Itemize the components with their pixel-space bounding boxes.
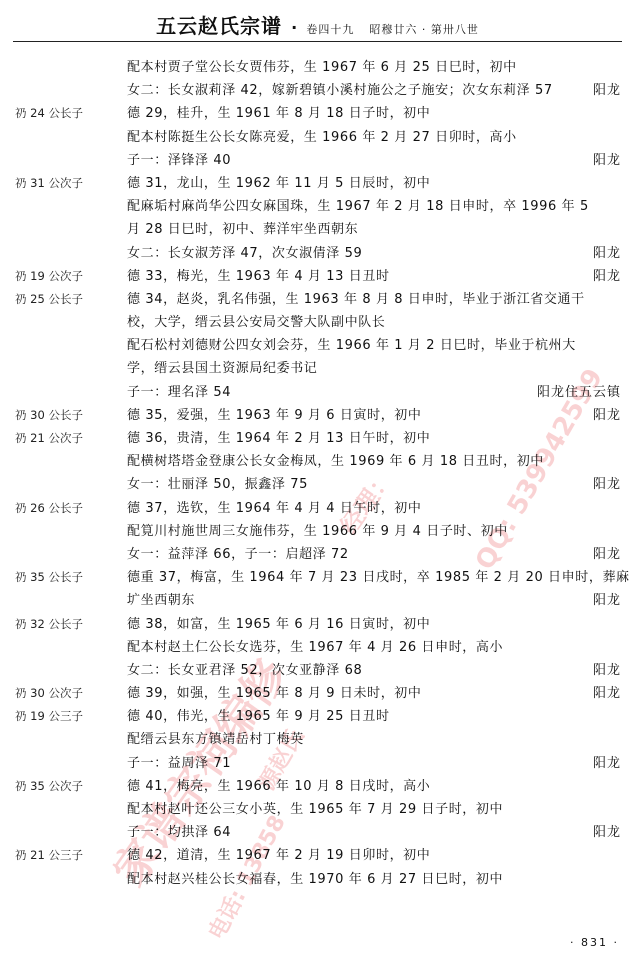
residence-label: 阳龙 bbox=[593, 589, 621, 612]
residence-label: 阳龙 bbox=[593, 79, 621, 102]
entry-text: 女二：长女淑芳泽 47，次女淑倩泽 59 bbox=[127, 242, 362, 265]
entry-line: 配本村贾子堂公长女贾伟芬，生 1967 年 6 月 25 日巳时，初中 bbox=[0, 56, 635, 79]
entry-line: 配缙云县东方镇靖岳村丁梅英 bbox=[0, 728, 635, 751]
residence-label: 阳龙住五云镇 bbox=[537, 381, 621, 404]
entry-line: 女一：壮丽泽 50，振鑫泽 75阳龙 bbox=[0, 473, 635, 496]
entry-line: 女二：长女淑芳泽 47，次女淑倩泽 59阳龙 bbox=[0, 242, 635, 265]
entry-line: 子一：均拱泽 64阳龙 bbox=[0, 821, 635, 844]
entry-text: 子一：理名泽 54 bbox=[127, 381, 231, 404]
entry-line: 配本村赵土仁公长女选芬，生 1967 年 4 月 26 日申时，高小 bbox=[0, 636, 635, 659]
entry-text: 德 31，龙山，生 1962 年 11 月 5 日辰时，初中 bbox=[127, 172, 430, 195]
entry-line: 配石松村刘德财公四女刘会芬，生 1966 年 1 月 2 日巳时，毕业于杭州大 bbox=[0, 334, 635, 357]
lineage-label: 礽 25 公长子 bbox=[15, 288, 83, 311]
lineage-label: 礽 30 公长子 bbox=[15, 404, 83, 427]
entry-line: 礽 30 公长子德 35，爱强，生 1963 年 9 月 6 日寅时，初中阳龙 bbox=[0, 404, 635, 427]
residence-label: 阳龙 bbox=[593, 242, 621, 265]
entry-line: 配麻垢村麻尚华公四女麻国珠，生 1967 年 2 月 18 日申时，卒 1996… bbox=[0, 195, 635, 218]
lineage-label: 礽 35 公长子 bbox=[15, 566, 83, 589]
residence-label: 阳龙 bbox=[593, 473, 621, 496]
entry-line: 子一：益周泽 71阳龙 bbox=[0, 752, 635, 775]
residence-label: 阳龙 bbox=[593, 752, 621, 775]
entry-text: 配本村赵兴桂公长女福春，生 1970 年 6 月 27 日巳时，初中 bbox=[127, 868, 503, 891]
genealogy-entries: 配本村贾子堂公长女贾伟芬，生 1967 年 6 月 25 日巳时，初中 女二：长… bbox=[0, 56, 635, 891]
entry-text: 德 36，贵清，生 1964 年 2 月 13 日午时，初中 bbox=[127, 427, 430, 450]
lineage-label: 礽 24 公长子 bbox=[15, 102, 83, 125]
book-title: 五云赵氏宗谱 bbox=[156, 14, 282, 38]
lineage-label: 礽 21 公三子 bbox=[15, 844, 83, 867]
page-header: 五云赵氏宗谱 · 卷四十九 昭穆廿六 · 第卅八世 bbox=[0, 10, 635, 40]
title-separator: · bbox=[291, 18, 297, 37]
volume-label: 卷四十九 bbox=[306, 23, 354, 36]
entry-text: 女一：益萍泽 66，子一：启超泽 72 bbox=[127, 543, 349, 566]
entry-text: 德 37，选钦，生 1964 年 4 月 4 日午时，初中 bbox=[127, 497, 422, 520]
entry-line: 女二：长女淑莉泽 42，嫁新碧镇小溪村施公之子施安；次女东莉泽 57阳龙 bbox=[0, 79, 635, 102]
residence-label: 阳龙 bbox=[593, 404, 621, 427]
entry-text: 配本村赵叶还公三女小英，生 1965 年 7 月 29 日子时，初中 bbox=[127, 798, 503, 821]
entry-line: 女二：长女亚君泽 52，次女亚静泽 68阳龙 bbox=[0, 659, 635, 682]
lineage-label: 礽 31 公次子 bbox=[15, 172, 83, 195]
branch-label: 昭穆廿六 · 第卅八世 bbox=[369, 23, 479, 36]
entry-text: 德 41，梅亮，生 1966 年 10 月 8 日戌时，高小 bbox=[127, 775, 430, 798]
residence-label: 阳龙 bbox=[593, 265, 621, 288]
lineage-label: 礽 19 公三子 bbox=[15, 705, 83, 728]
entry-text: 月 28 日巳时，初中、葬洋牢坐西朝东 bbox=[127, 218, 358, 241]
entry-text: 配缙云县东方镇靖岳村丁梅英 bbox=[127, 728, 304, 751]
entry-text: 德 33，梅光，生 1963 年 4 月 13 日丑时 bbox=[127, 265, 390, 288]
entry-text: 配石松村刘德财公四女刘会芬，生 1966 年 1 月 2 日巳时，毕业于杭州大 bbox=[127, 334, 576, 357]
entry-text: 德 35，爱强，生 1963 年 9 月 6 日寅时，初中 bbox=[127, 404, 422, 427]
lineage-label: 礽 35 公次子 bbox=[15, 775, 83, 798]
lineage-label: 礽 26 公长子 bbox=[15, 497, 83, 520]
lineage-label: 礽 30 公次子 bbox=[15, 682, 83, 705]
entry-text: 配本村陈挺生公长女陈亮爱，生 1966 年 2 月 27 日卯时，高小 bbox=[127, 126, 517, 149]
entry-text: 配筧川村施世周三女施伟芬，生 1966 年 9 月 4 日子时、初中 bbox=[127, 520, 508, 543]
header-rule bbox=[13, 41, 622, 42]
entry-text: 配麻垢村麻尚华公四女麻国珠，生 1967 年 2 月 18 日申时，卒 1996… bbox=[127, 195, 589, 218]
entry-line: 校，大学，缙云县公安局交警大队副中队长 bbox=[0, 311, 635, 334]
entry-text: 圹坐西朝东 bbox=[127, 589, 195, 612]
entry-text: 德 42，道清，生 1967 年 2 月 19 日卯时，初中 bbox=[127, 844, 430, 867]
residence-label: 阳龙 bbox=[593, 543, 621, 566]
entry-text: 德 40，伟光，生 1965 年 9 月 25 日丑时 bbox=[127, 705, 390, 728]
entry-line: 礽 21 公三子德 42，道清，生 1967 年 2 月 19 日卯时，初中 bbox=[0, 844, 635, 867]
entry-text: 学，缙云县国土资源局纪委书记 bbox=[127, 357, 317, 380]
entry-line: 配本村陈挺生公长女陈亮爱，生 1966 年 2 月 27 日卯时，高小 bbox=[0, 126, 635, 149]
entry-line: 礽 30 公次子德 39，如强，生 1965 年 8 月 9 日未时，初中阳龙 bbox=[0, 682, 635, 705]
entry-line: 礽 19 公次子德 33，梅光，生 1963 年 4 月 13 日丑时阳龙 bbox=[0, 265, 635, 288]
entry-text: 女一：壮丽泽 50，振鑫泽 75 bbox=[127, 473, 308, 496]
lineage-label: 礽 19 公次子 bbox=[15, 265, 83, 288]
entry-line: 礽 26 公长子德 37，选钦，生 1964 年 4 月 4 日午时，初中 bbox=[0, 497, 635, 520]
entry-text: 德重 37，梅富，生 1964 年 7 月 23 日戌时，卒 1985 年 2 … bbox=[127, 566, 630, 589]
entry-line: 配本村赵兴桂公长女福春，生 1970 年 6 月 27 日巳时，初中 bbox=[0, 868, 635, 891]
entry-line: 配筧川村施世周三女施伟芬，生 1966 年 9 月 4 日子时、初中 bbox=[0, 520, 635, 543]
entry-line: 学，缙云县国土资源局纪委书记 bbox=[0, 357, 635, 380]
entry-text: 子一：益周泽 71 bbox=[127, 752, 231, 775]
entry-line: 月 28 日巳时，初中、葬洋牢坐西朝东 bbox=[0, 218, 635, 241]
entry-line: 礽 25 公长子德 34，赵炎，乳名伟强，生 1963 年 8 月 8 日申时，… bbox=[0, 288, 635, 311]
entry-text: 子一：泽锋泽 40 bbox=[127, 149, 231, 172]
entry-line: 女一：益萍泽 66，子一：启超泽 72阳龙 bbox=[0, 543, 635, 566]
entry-line: 礽 32 公长子德 38，如富，生 1965 年 6 月 16 日寅时，初中 bbox=[0, 613, 635, 636]
entry-text: 德 39，如强，生 1965 年 8 月 9 日未时，初中 bbox=[127, 682, 422, 705]
residence-label: 阳龙 bbox=[593, 682, 621, 705]
page-number: · 831 · bbox=[570, 936, 619, 949]
entry-text: 德 29，桂升，生 1961 年 8 月 18 日子时，初中 bbox=[127, 102, 430, 125]
entry-line: 配横树塔塔金登康公长女金梅凤，生 1969 年 6 月 18 日丑时，初中 bbox=[0, 450, 635, 473]
entry-line: 圹坐西朝东阳龙 bbox=[0, 589, 635, 612]
entry-line: 礽 31 公次子德 31，龙山，生 1962 年 11 月 5 日辰时，初中 bbox=[0, 172, 635, 195]
entry-text: 子一：均拱泽 64 bbox=[127, 821, 231, 844]
entry-line: 礽 24 公长子德 29，桂升，生 1961 年 8 月 18 日子时，初中 bbox=[0, 102, 635, 125]
entry-text: 配本村赵土仁公长女选芬，生 1967 年 4 月 26 日申时，高小 bbox=[127, 636, 503, 659]
entry-text: 德 34，赵炎，乳名伟强，生 1963 年 8 月 8 日申时，毕业于浙江省交通… bbox=[127, 288, 585, 311]
entry-text: 配本村贾子堂公长女贾伟芬，生 1967 年 6 月 25 日巳时，初中 bbox=[127, 56, 517, 79]
residence-label: 阳龙 bbox=[593, 821, 621, 844]
entry-line: 礽 21 公次子德 36，贵清，生 1964 年 2 月 13 日午时，初中 bbox=[0, 427, 635, 450]
entry-line: 子一：理名泽 54阳龙住五云镇 bbox=[0, 381, 635, 404]
entry-line: 子一：泽锋泽 40阳龙 bbox=[0, 149, 635, 172]
residence-label: 阳龙 bbox=[593, 149, 621, 172]
entry-line: 礽 19 公三子德 40，伟光，生 1965 年 9 月 25 日丑时 bbox=[0, 705, 635, 728]
lineage-label: 礽 32 公长子 bbox=[15, 613, 83, 636]
entry-text: 德 38，如富，生 1965 年 6 月 16 日寅时，初中 bbox=[127, 613, 430, 636]
lineage-label: 礽 21 公次子 bbox=[15, 427, 83, 450]
entry-line: 配本村赵叶还公三女小英，生 1965 年 7 月 29 日子时，初中 bbox=[0, 798, 635, 821]
entry-text: 女二：长女亚君泽 52，次女亚静泽 68 bbox=[127, 659, 362, 682]
entry-text: 校，大学，缙云县公安局交警大队副中队长 bbox=[127, 311, 385, 334]
entry-line: 礽 35 公次子德 41，梅亮，生 1966 年 10 月 8 日戌时，高小 bbox=[0, 775, 635, 798]
residence-label: 阳龙 bbox=[593, 659, 621, 682]
entry-text: 配横树塔塔金登康公长女金梅凤，生 1969 年 6 月 18 日丑时，初中 bbox=[127, 450, 544, 473]
entry-line: 礽 35 公长子德重 37，梅富，生 1964 年 7 月 23 日戌时，卒 1… bbox=[0, 566, 635, 589]
entry-text: 女二：长女淑莉泽 42，嫁新碧镇小溪村施公之子施安；次女东莉泽 57 bbox=[127, 79, 553, 102]
